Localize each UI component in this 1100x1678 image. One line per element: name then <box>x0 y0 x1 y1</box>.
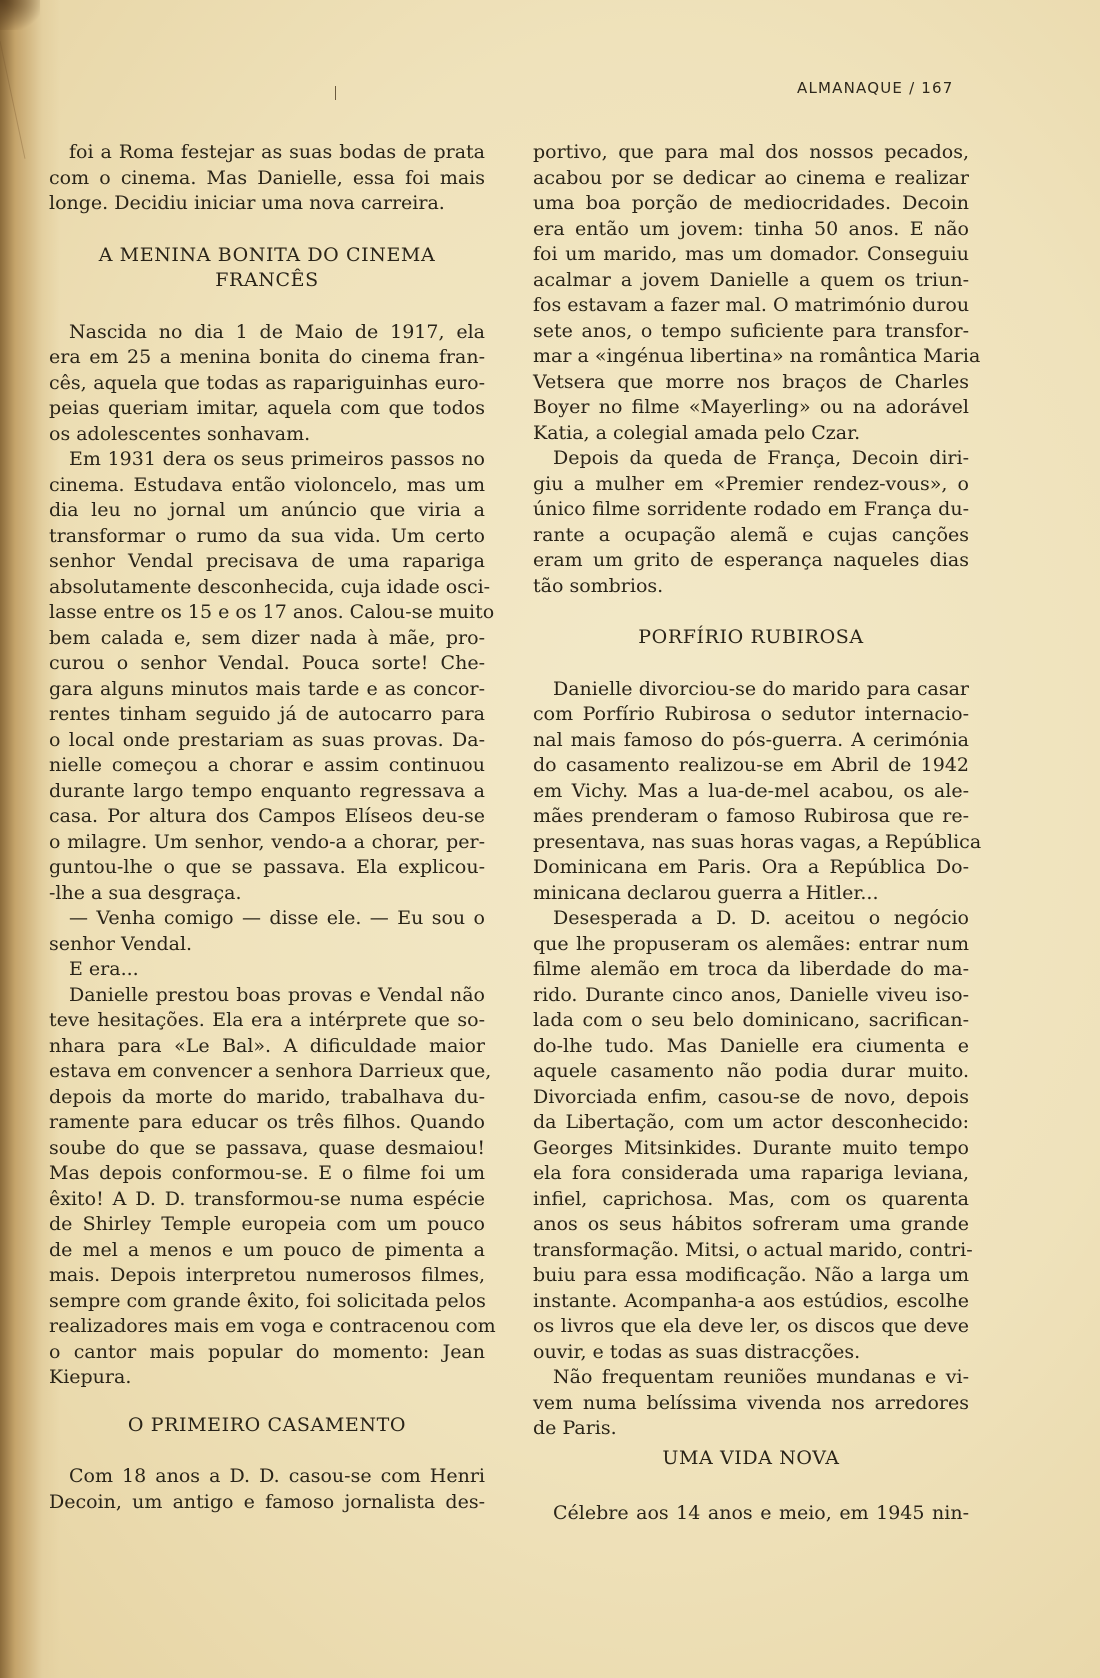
paragraph: Danielle divorciou-se do marido para cas… <box>533 677 969 907</box>
text-line: Vetsera que morre nos braços de Charles <box>533 370 969 396</box>
text-line: sete anos, o tempo suficiente para trans… <box>533 319 969 345</box>
text-line: nielle começou a chorar e assim continuo… <box>49 753 485 779</box>
text-line: ela fora considerada uma rapariga levian… <box>533 1161 969 1187</box>
text-line: nhara para «Le Bal». A dificuldade maior <box>49 1034 485 1060</box>
text-line: infiel, caprichosa. Mas, com os quarenta <box>533 1187 969 1213</box>
text-line: Mas depois conformou-se. E o filme foi u… <box>49 1161 485 1187</box>
text-line: Boyer no filme «Mayerling» ou na adoráve… <box>533 395 969 421</box>
text-line: de mel a menos e um pouco de pimenta a <box>49 1238 485 1264</box>
text-line: curou o senhor Vendal. Pouca sorte! Che- <box>49 651 485 677</box>
text-line: anos os seus hábitos sofreram uma grande <box>533 1212 969 1238</box>
text-line: êxito! A D. D. transformou-se numa espéc… <box>49 1187 485 1213</box>
text-line: buiu para essa modificação. Não a larga … <box>533 1263 969 1289</box>
text-line: fos estavam a fazer mal. O matrimónio du… <box>533 293 969 319</box>
text-line: acabou por se dedicar ao cinema e realiz… <box>533 166 969 192</box>
text-line: — Venha comigo — disse ele. — Eu sou o <box>49 906 485 932</box>
text-line: filme alemão em troca da liberdade do ma… <box>533 957 969 983</box>
text-line: casa. Por altura dos Campos Elíseos deu-… <box>49 804 485 830</box>
text-line: absolutamente desconhecida, cuja idade o… <box>49 575 485 601</box>
print-mark <box>335 86 336 100</box>
text-line: era em 25 a menina bonita do cinema fran… <box>49 345 485 371</box>
text-line: da Libertação, com um actor desconhecido… <box>533 1110 969 1136</box>
spacer <box>533 1471 969 1501</box>
text-line: o milagre. Um senhor, vendo-a a chorar, … <box>49 830 485 856</box>
text-line: com o cinema. Mas Danielle, essa foi mai… <box>49 166 485 192</box>
paragraph: Depois da queda de França, Decoin diri-g… <box>533 446 969 599</box>
spacer <box>49 1438 485 1464</box>
paragraph: foi a Roma festejar as suas bodas de pra… <box>49 140 485 217</box>
text-line: de Paris. <box>533 1416 969 1442</box>
paragraph: Desesperada a D. D. aceitou o negócioque… <box>533 906 969 1365</box>
text-line: peias queriam imitar, aquela com que tod… <box>49 396 485 422</box>
left-column: foi a Roma festejar as suas bodas de pra… <box>49 140 485 1515</box>
text-line: realizadores mais em voga e contracenou … <box>49 1314 485 1340</box>
text-line: uma boa porção de mediocridades. Decoin <box>533 191 969 217</box>
spacer <box>49 217 485 243</box>
text-line: rido. Durante cinco anos, Danielle viveu… <box>533 983 969 1009</box>
text-line: estava em convencer a senhora Darrieux q… <box>49 1059 485 1085</box>
heading-line: O PRIMEIRO CASAMENTO <box>49 1413 485 1439</box>
text-line: Com 18 anos a D. D. casou-se com Henri <box>49 1464 485 1490</box>
text-line: bem calada e, sem dizer nada à mãe, pro- <box>49 626 485 652</box>
text-line: vem numa belíssima vivenda nos arredores <box>533 1391 969 1417</box>
text-line: portivo, que para mal dos nossos pecados… <box>533 140 969 166</box>
text-line: dia leu no jornal um anúncio que viria a <box>49 498 485 524</box>
spacer <box>49 294 485 320</box>
text-line: eram um grito de esperança naqueles dias <box>533 548 969 574</box>
spacer <box>49 1391 485 1413</box>
text-line: Danielle divorciou-se do marido para cas… <box>533 677 969 703</box>
text-line: cês, aquela que todas as rapariguinhas e… <box>49 371 485 397</box>
page-corner-shadow <box>0 0 40 30</box>
paragraph: E era... <box>49 957 485 983</box>
text-line: transformação. Mitsi, o actual marido, c… <box>533 1238 969 1264</box>
text-line: foi a Roma festejar as suas bodas de pra… <box>49 140 485 166</box>
text-line: os adolescentes sonhavam. <box>49 422 485 448</box>
text-line: rentes tinham seguido já de autocarro pa… <box>49 702 485 728</box>
text-line: mar a «ingénua libertina» na romântica M… <box>533 344 969 370</box>
text-line: minicana declarou guerra a Hitler... <box>533 881 969 907</box>
text-line: senhor Vendal precisava de uma rapariga <box>49 549 485 575</box>
text-line: acalmar a jovem Danielle a quem os triun… <box>533 268 969 294</box>
text-line: nal mais famoso do pós-guerra. A cerimón… <box>533 728 969 754</box>
text-line: Decoin, um antigo e famoso jornalista de… <box>49 1490 485 1516</box>
text-line: sempre com grande êxito, foi solicitada … <box>49 1289 485 1315</box>
text-line: senhor Vendal. <box>49 932 485 958</box>
text-line: mais. Depois interpretou numerosos filme… <box>49 1263 485 1289</box>
text-line: E era... <box>49 957 485 983</box>
heading-line: PORFÍRIO RUBIROSA <box>533 625 969 651</box>
text-line: giu a mulher em «Premier rendez-vous», o <box>533 472 969 498</box>
text-line: mães prenderam o famoso Rubirosa que re- <box>533 804 969 830</box>
paragraph: Com 18 anos a D. D. casou-se com HenriDe… <box>49 1464 485 1515</box>
text-line: gara alguns minutos mais tarde e as conc… <box>49 677 485 703</box>
text-line: presentava, nas suas horas vagas, a Repú… <box>533 830 969 856</box>
text-line: de Shirley Temple europeia com um pouco <box>49 1212 485 1238</box>
running-head: ALMANAQUE / 167 <box>797 79 954 97</box>
text-line: Célebre aos 14 anos e meio, em 1945 nin- <box>533 1501 969 1527</box>
text-line: soube do que se passava, quase desmaiou! <box>49 1136 485 1162</box>
text-line: ouvir, e todas as suas distracções. <box>533 1340 969 1366</box>
text-line: o cantor mais popular do momento: Jean <box>49 1340 485 1366</box>
paragraph: Danielle prestou boas provas e Vendal nã… <box>49 983 485 1391</box>
text-line: Katia, a colegial amada pelo Czar. <box>533 421 969 447</box>
paragraph: Nascida no dia 1 de Maio de 1917, elaera… <box>49 320 485 448</box>
section-heading: A MENINA BONITA DO CINEMAFRANCÊS <box>49 243 485 294</box>
text-line: guntou-lhe o que se passava. Ela explico… <box>49 855 485 881</box>
text-line: o local onde prestariam as suas provas. … <box>49 728 485 754</box>
text-line: do-lhe tudo. Mas Danielle era ciumenta e <box>533 1034 969 1060</box>
text-line: instante. Acompanha-a aos estúdios, esco… <box>533 1289 969 1315</box>
text-line: longe. Decidiu iniciar uma nova carreira… <box>49 191 485 217</box>
text-line: rante a ocupação alemã e cujas canções <box>533 523 969 549</box>
spacer <box>533 651 969 677</box>
text-line: ramente para educar os três filhos. Quan… <box>49 1110 485 1136</box>
text-line: cinema. Estudava então violoncelo, mas u… <box>49 473 485 499</box>
text-line: Danielle prestou boas provas e Vendal nã… <box>49 983 485 1009</box>
paragraph: portivo, que para mal dos nossos pecados… <box>533 140 969 446</box>
paragraph: Em 1931 dera os seus primeiros passos no… <box>49 447 485 906</box>
right-column: portivo, que para mal dos nossos pecados… <box>533 140 969 1527</box>
text-line: Dominicana em Paris. Ora a República Do- <box>533 855 969 881</box>
paragraph: Não frequentam reuniões mundanas e vi-ve… <box>533 1365 969 1442</box>
text-line: era então um jovem: tinha 50 anos. E não <box>533 217 969 243</box>
text-line: teve hesitações. Ela era a intérprete qu… <box>49 1008 485 1034</box>
text-line: foi um marido, mas um domador. Conseguiu <box>533 242 969 268</box>
text-line: os livros que ela deve ler, os discos qu… <box>533 1314 969 1340</box>
heading-line: UMA VIDA NOVA <box>533 1446 969 1472</box>
text-line: em Vichy. Mas a lua-de-mel acabou, os al… <box>533 779 969 805</box>
text-line: Nascida no dia 1 de Maio de 1917, ela <box>49 320 485 346</box>
text-line: transformar o rumo da sua vida. Um certo <box>49 524 485 550</box>
section-heading: PORFÍRIO RUBIROSA <box>533 625 969 651</box>
heading-line: FRANCÊS <box>49 268 485 294</box>
text-line: Divorciada enfim, casou-se de novo, depo… <box>533 1085 969 1111</box>
text-line: lasse entre os 15 e os 17 anos. Calou-se… <box>49 600 485 626</box>
text-line: aquele casamento não podia durar muito. <box>533 1059 969 1085</box>
text-line: Não frequentam reuniões mundanas e vi- <box>533 1365 969 1391</box>
text-line: durante largo tempo enquanto regressava … <box>49 779 485 805</box>
text-line: Desesperada a D. D. aceitou o negócio <box>533 906 969 932</box>
spacer <box>533 599 969 625</box>
section-heading: O PRIMEIRO CASAMENTO <box>49 1413 485 1439</box>
paragraph: Célebre aos 14 anos e meio, em 1945 nin- <box>533 1501 969 1527</box>
text-line: -lhe a sua desgraça. <box>49 881 485 907</box>
text-line: Em 1931 dera os seus primeiros passos no <box>49 447 485 473</box>
text-line: lada com o seu belo dominicano, sacrific… <box>533 1008 969 1034</box>
text-line: que lhe propuseram os alemães: entrar nu… <box>533 932 969 958</box>
text-line: Kiepura. <box>49 1365 485 1391</box>
section-heading: UMA VIDA NOVA <box>533 1446 969 1472</box>
text-line: do casamento realizou-se em Abril de 194… <box>533 753 969 779</box>
text-line: tão sombrios. <box>533 574 969 600</box>
text-line: com Porfírio Rubirosa o sedutor internac… <box>533 702 969 728</box>
text-line: Georges Mitsinkides. Durante muito tempo <box>533 1136 969 1162</box>
heading-line: A MENINA BONITA DO CINEMA <box>49 243 485 269</box>
text-line: único filme sorridente rodado em França … <box>533 497 969 523</box>
book-page: ALMANAQUE / 167 foi a Roma festejar as s… <box>0 0 1100 1678</box>
text-line: Depois da queda de França, Decoin diri- <box>533 446 969 472</box>
text-line: depois da morte do marido, trabalhava du… <box>49 1085 485 1111</box>
paragraph: — Venha comigo — disse ele. — Eu sou ose… <box>49 906 485 957</box>
